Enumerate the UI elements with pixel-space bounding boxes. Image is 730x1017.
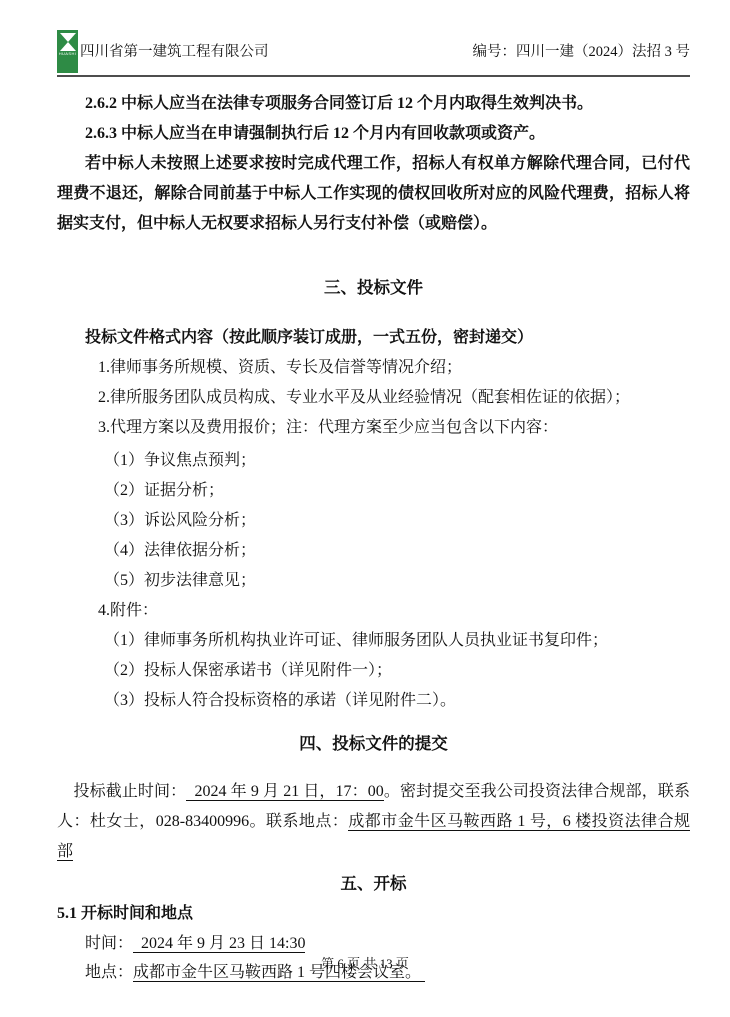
submission-indent <box>57 783 73 800</box>
header-divider <box>57 75 690 77</box>
clause-2-6-2: 2.6.2 中标人应当在法律专项服务合同签订后 12 个月内取得生效判决书。 <box>57 89 690 119</box>
time-value: 2024 年 9 月 23 日 14:30 <box>133 935 305 953</box>
plan-subitem-2: （2）证据分析； <box>57 476 690 506</box>
opening-subheading: 5.1 开标时间和地点 <box>57 899 690 929</box>
section-5-title: 五、开标 <box>57 869 690 899</box>
document-body: 2.6.2 中标人应当在法律专项服务合同签订后 12 个月内取得生效判决书。 2… <box>57 89 690 987</box>
logo-shape-top <box>60 33 76 42</box>
plan-subitem-3: （3）诉讼风险分析； <box>57 506 690 536</box>
plan-subitem-5: （5）初步法律意见； <box>57 566 690 596</box>
list-item-3: 3.代理方案以及费用报价；注：代理方案至少应当包含以下内容： <box>57 413 690 443</box>
attachment-subitem-1: （1）律师事务所机构执业许可证、律师服务团队人员执业证书复印件； <box>57 626 690 656</box>
bid-document-format-intro: 投标文件格式内容（按此顺序装订成册，一式五份，密封递交） <box>57 323 690 353</box>
document-page: HUASHI 四川省第一建筑工程有限公司 编号：四川一建（2024）法招 3 号… <box>0 0 730 1017</box>
deadline-label: 投标截止时间： <box>73 783 186 800</box>
plan-subitem-1: （1）争议焦点预判； <box>57 446 690 476</box>
attachment-subitem-3: （3）投标人符合投标资格的承诺（详见附件二）。 <box>57 686 690 716</box>
company-name: 四川省第一建筑工程有限公司 <box>80 43 269 61</box>
attachment-subitem-2: （2）投标人保密承诺书（详见附件一）； <box>57 656 690 686</box>
company-logo-icon: HUASHI <box>57 30 78 73</box>
document-number: 编号：四川一建（2024）法招 3 号 <box>473 43 691 61</box>
deadline-value: 2024 年 9 月 21 日，17：00 <box>186 783 384 801</box>
time-label: 时间： <box>85 935 133 952</box>
list-item-2: 2.律所服务团队成员构成、专业水平及从业经验情况（配套相佐证的依据）； <box>57 383 690 413</box>
page-indicator: 第 6 页 共 13 页 <box>321 956 409 971</box>
plan-subitem-4: （4）法律依据分析； <box>57 536 690 566</box>
list-item-1: 1.律师事务所规模、资质、专长及信誉等情况介绍； <box>57 353 690 383</box>
logo-shape-bottom <box>60 42 76 51</box>
list-item-4: 4.附件： <box>57 596 690 626</box>
clause-2-6-3: 2.6.3 中标人应当在申请强制执行后 12 个月内有回收款项或资产。 <box>57 119 690 149</box>
logo-text: HUASHI <box>59 51 77 57</box>
section-3-title: 三、投标文件 <box>57 273 690 303</box>
submission-paragraph: 投标截止时间： 2024 年 9 月 21 日，17：00。密封提交至我公司投资… <box>57 777 690 867</box>
opening-time-line: 时间： 2024 年 9 月 23 日 14:30 <box>57 929 690 958</box>
section-4-title: 四、投标文件的提交 <box>57 729 690 759</box>
breach-paragraph: 若中标人未按照上述要求按时完成代理工作，招标人有权单方解除代理合同，已付代理费不… <box>57 149 690 239</box>
page-footer: 第 6 页 共 13 页 <box>0 955 730 973</box>
page-header: HUASHI 四川省第一建筑工程有限公司 编号：四川一建（2024）法招 3 号 <box>57 30 690 73</box>
header-left: HUASHI 四川省第一建筑工程有限公司 <box>57 30 269 73</box>
